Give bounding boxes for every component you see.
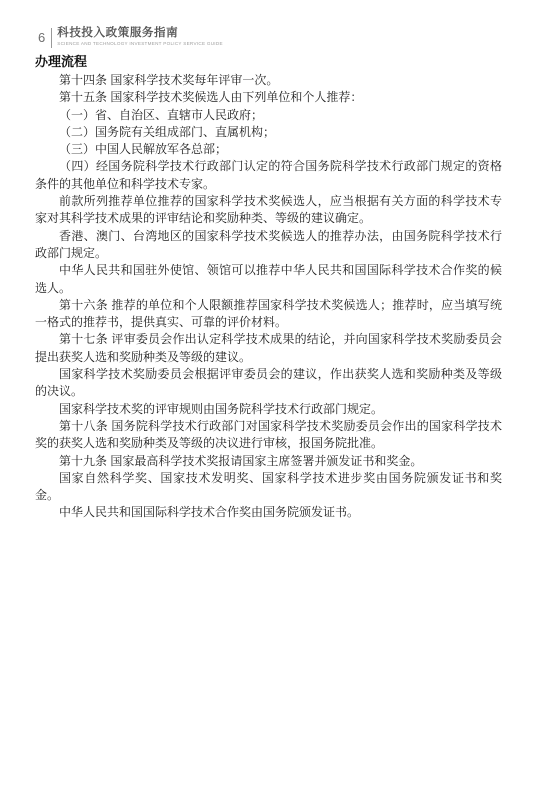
paragraph: 中华人民共和国国际科学技术合作奖由国务院颁发证书。 (35, 504, 502, 521)
page-header: 6 科技投入政策服务指南 SCIENCE AND TECHNOLOGY INVE… (38, 27, 223, 48)
paragraph: 第十九条 国家最高科学技术奖报请国家主席签署并颁发证书和奖金。 (35, 453, 502, 470)
paragraph: 第十六条 推荐的单位和个人限额推荐国家科学技术奖候选人；推荐时，应当填写统一格式… (35, 297, 502, 332)
paragraph: 第十七条 评审委员会作出认定科学技术成果的结论，并向国家科学技术奖励委员会提出获… (35, 331, 502, 366)
page-subtitle: SCIENCE AND TECHNOLOGY INVESTMENT POLICY… (57, 41, 223, 47)
page-title: 科技投入政策服务指南 (57, 27, 223, 40)
paragraph: 第十五条 国家科学技术奖候选人由下列单位和个人推荐： (35, 89, 502, 106)
paragraph: 国家科学技术奖的评审规则由国务院科学技术行政部门规定。 (35, 401, 502, 418)
document-page: 6 科技投入政策服务指南 SCIENCE AND TECHNOLOGY INVE… (0, 0, 536, 793)
paragraph: （一）省、自治区、直辖市人民政府； (35, 107, 502, 124)
paragraph: 香港、澳门、台湾地区的国家科学技术奖候选人的推荐办法，由国务院科学技术行政部门规… (35, 228, 502, 263)
paragraph: 第十四条 国家科学技术奖每年评审一次。 (35, 72, 502, 89)
paragraph: （二）国务院有关组成部门、直属机构； (35, 124, 502, 141)
header-title-block: 科技投入政策服务指南 SCIENCE AND TECHNOLOGY INVEST… (57, 27, 223, 47)
section-heading: 办理流程 (35, 54, 87, 70)
paragraph: （四）经国务院科学技术行政部门认定的符合国务院科学技术行政部门规定的资格条件的其… (35, 158, 502, 193)
paragraph: 中华人民共和国驻外使馆、领馆可以推荐中华人民共和国国际科学技术合作奖的候选人。 (35, 262, 502, 297)
header-divider (51, 28, 52, 48)
paragraph: （三）中国人民解放军各总部； (35, 141, 502, 158)
paragraph: 国家自然科学奖、国家技术发明奖、国家科学技术进步奖由国务院颁发证书和奖金。 (35, 470, 502, 505)
paragraph: 第十八条 国务院科学技术行政部门对国家科学技术奖励委员会作出的国家科学技术奖的获… (35, 418, 502, 453)
page-number: 6 (38, 30, 45, 45)
paragraph: 前款所列推荐单位推荐的国家科学技术奖候选人，应当根据有关方面的科学技术专家对其科… (35, 193, 502, 228)
paragraph: 国家科学技术奖励委员会根据评审委员会的建议，作出获奖人选和奖励种类及等级的决议。 (35, 366, 502, 401)
body-text: 第十四条 国家科学技术奖每年评审一次。第十五条 国家科学技术奖候选人由下列单位和… (35, 72, 502, 522)
